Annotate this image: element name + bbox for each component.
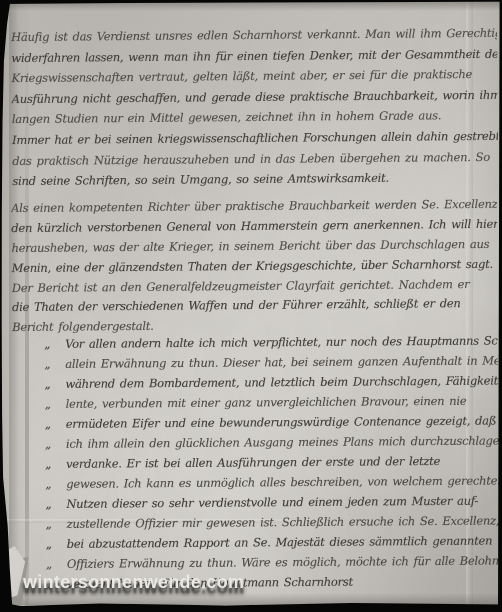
quote-mark: „ <box>45 514 59 534</box>
handwriting-line: Häufig ist das Verdienst unsres edlen Sc… <box>11 23 497 48</box>
handwriting-line: das praktisch Nützige herauszuheben und … <box>12 146 498 171</box>
handwriting-line: Offiziers Erwähnung zu thun. Wäre es mög… <box>67 550 500 573</box>
quote-mark: „ <box>44 334 58 354</box>
handwriting-line: allein Erwähnung zu thun. Dieser hat, be… <box>65 350 498 373</box>
quote-mark: „ <box>44 374 58 394</box>
quote-mark: „ <box>46 554 60 574</box>
quote-line: „ gewesen. Ich kann es unmöglich alles b… <box>45 470 499 494</box>
quote-mark: „ <box>45 414 59 434</box>
quote-mark: „ <box>46 534 60 554</box>
scan-shadow-bottom <box>0 593 502 605</box>
quote-line: „ lente, verbunden mit einer ganz unverg… <box>44 390 498 414</box>
handwriting-line: zustellende Offizier mir gewesen ist. Sc… <box>66 510 499 533</box>
handwritten-paragraph-1: Häufig ist das Verdienst unsres edlen Sc… <box>11 23 498 192</box>
quote-line: „ zustellende Offizier mir gewesen ist. … <box>45 510 499 534</box>
quote-mark: „ <box>45 454 59 474</box>
handwritten-quote-block: „ Vor allen andern halte ich mich verpfl… <box>44 330 500 594</box>
quote-line: „ ich ihm allein den glücklichen Ausgang… <box>45 430 499 454</box>
watermark-text: wintersonnenwende.com <box>23 572 244 593</box>
handwriting-line: ich ihm allein den glücklichen Ausgang m… <box>66 430 499 453</box>
handwriting-line: lente, verbunden mit einer ganz unvergle… <box>65 390 498 413</box>
scan-edge-right <box>498 0 502 612</box>
quote-mark: „ <box>44 394 58 414</box>
quote-mark: „ <box>45 474 59 494</box>
quote-mark: „ <box>44 354 58 374</box>
quote-line: „ Offiziers Erwähnung zu thun. Wäre es m… <box>46 550 500 574</box>
scanned-manuscript-page: Häufig ist das Verdienst unsres edlen Sc… <box>0 0 502 612</box>
handwriting-line: Der Bericht ist an den Generalfeldzeugme… <box>12 274 498 298</box>
handwriting-line: sind seine Schriften, so sein Umgang, so… <box>12 167 498 192</box>
handwriting-line: Als einen kompetenten Richter über prakt… <box>11 195 497 219</box>
handwriting-line: gewesen. Ich kann es unmöglich alles bes… <box>66 470 499 493</box>
handwriting-line: langen Studien nur ein Mittel gewesen, z… <box>12 105 498 130</box>
quote-line: „ allein Erwähnung zu thun. Dieser hat, … <box>44 350 498 374</box>
quote-mark: „ <box>45 494 59 514</box>
quote-mark: „ <box>45 434 59 454</box>
handwriting-line: Kriegswissenschaften vertraut, gelten lä… <box>11 64 497 89</box>
handwritten-paragraph-2: Als einen kompetenten Richter über prakt… <box>11 195 498 338</box>
handwriting-line: herausheben, was der alte Krieger, in se… <box>11 235 497 259</box>
